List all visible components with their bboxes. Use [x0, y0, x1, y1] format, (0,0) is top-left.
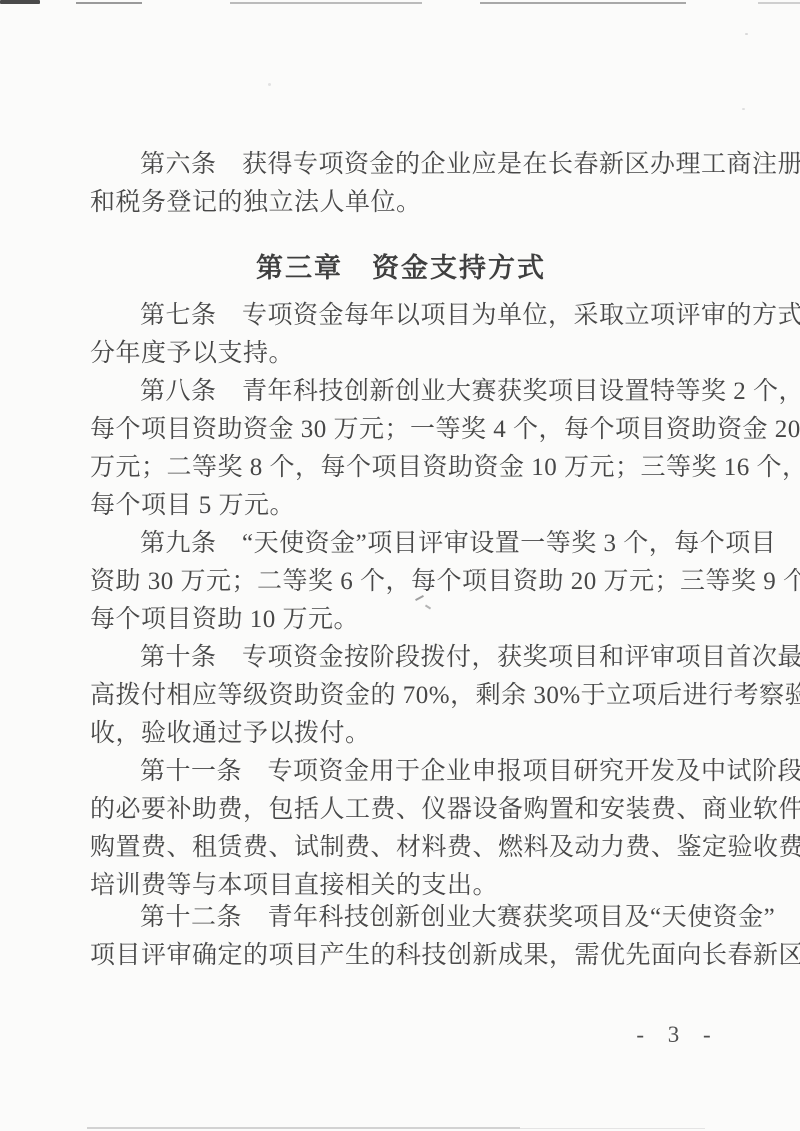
- text-line: 的必要补助费，包括人工费、仪器设备购置和安装费、商业软件: [90, 791, 712, 829]
- scan-edge-artifact: [520, 1128, 705, 1129]
- scan-edge-artifact: [76, 2, 142, 4]
- text-line: 资助 30 万元；二等奖 6 个，每个项目资助 20 万元；三等奖 9 个，: [90, 563, 712, 601]
- text-line: 每个项目资助 10 万元。: [90, 601, 712, 639]
- text-line: 第六条 获得专项资金的企业应是在长春新区办理工商注册: [90, 146, 712, 184]
- text-line: 和税务登记的独立法人单位。: [90, 184, 712, 222]
- document-page: 第六条 获得专项资金的企业应是在长春新区办理工商注册 和税务登记的独立法人单位。…: [0, 0, 800, 1131]
- scan-speck: [745, 33, 748, 35]
- paragraph-article-12: 第十二条 青年科技创新创业大赛获奖项目及“天使资金” 项目评审确定的项目产生的科…: [90, 899, 712, 975]
- text-line: 分年度予以支持。: [90, 335, 712, 373]
- text-line: 第七条 专项资金每年以项目为单位，采取立项评审的方式: [90, 297, 712, 335]
- text-line: 第九条 “天使资金”项目评审设置一等奖 3 个，每个项目: [90, 525, 712, 563]
- text-line: 收，验收通过予以拨付。: [90, 715, 712, 753]
- scan-edge-artifact: [87, 1127, 520, 1129]
- paragraph-article-6: 第六条 获得专项资金的企业应是在长春新区办理工商注册 和税务登记的独立法人单位。: [90, 146, 712, 222]
- scan-edge-artifact: [758, 2, 800, 4]
- text-line: 购置费、租赁费、试制费、材料费、燃料及动力费、鉴定验收费、: [90, 829, 712, 867]
- paragraph-article-11: 第十一条 专项资金用于企业申报项目研究开发及中试阶段 的必要补助费，包括人工费、…: [90, 753, 712, 905]
- text-line: 第八条 青年科技创新创业大赛获奖项目设置特等奖 2 个，: [90, 373, 712, 411]
- text-line: 每个项目资助资金 30 万元；一等奖 4 个，每个项目资助资金 20: [90, 411, 712, 449]
- text-line: 每个项目 5 万元。: [90, 487, 712, 525]
- scan-edge-artifact: [480, 2, 686, 4]
- page-number: - 3 -: [628, 1018, 728, 1052]
- text-line: 万元；二等奖 8 个，每个项目资助资金 10 万元；三等奖 16 个，: [90, 449, 712, 487]
- paragraph-article-10: 第十条 专项资金按阶段拨付，获奖项目和评审项目首次最 高拨付相应等级资助资金的 …: [90, 639, 712, 753]
- text-line: 高拨付相应等级资助资金的 70%，剩余 30%于立项后进行考察验: [90, 677, 712, 715]
- paragraph-article-9: 第九条 “天使资金”项目评审设置一等奖 3 个，每个项目 资助 30 万元；二等…: [90, 525, 712, 639]
- text-line: 第十一条 专项资金用于企业申报项目研究开发及中试阶段: [90, 753, 712, 791]
- scan-speck: [742, 108, 745, 110]
- chapter-heading: 第三章 资金支持方式: [90, 248, 712, 288]
- paragraph-article-7: 第七条 专项资金每年以项目为单位，采取立项评审的方式 分年度予以支持。: [90, 297, 712, 373]
- text-line: 第十条 专项资金按阶段拨付，获奖项目和评审项目首次最: [90, 639, 712, 677]
- scan-speck: [268, 83, 271, 86]
- text-line: 第十二条 青年科技创新创业大赛获奖项目及“天使资金”: [90, 899, 712, 937]
- scan-edge-artifact: [0, 0, 40, 4]
- scan-edge-artifact: [230, 2, 422, 4]
- text-line: 项目评审确定的项目产生的科技创新成果，需优先面向长春新区: [90, 937, 712, 975]
- paragraph-article-8: 第八条 青年科技创新创业大赛获奖项目设置特等奖 2 个， 每个项目资助资金 30…: [90, 373, 712, 525]
